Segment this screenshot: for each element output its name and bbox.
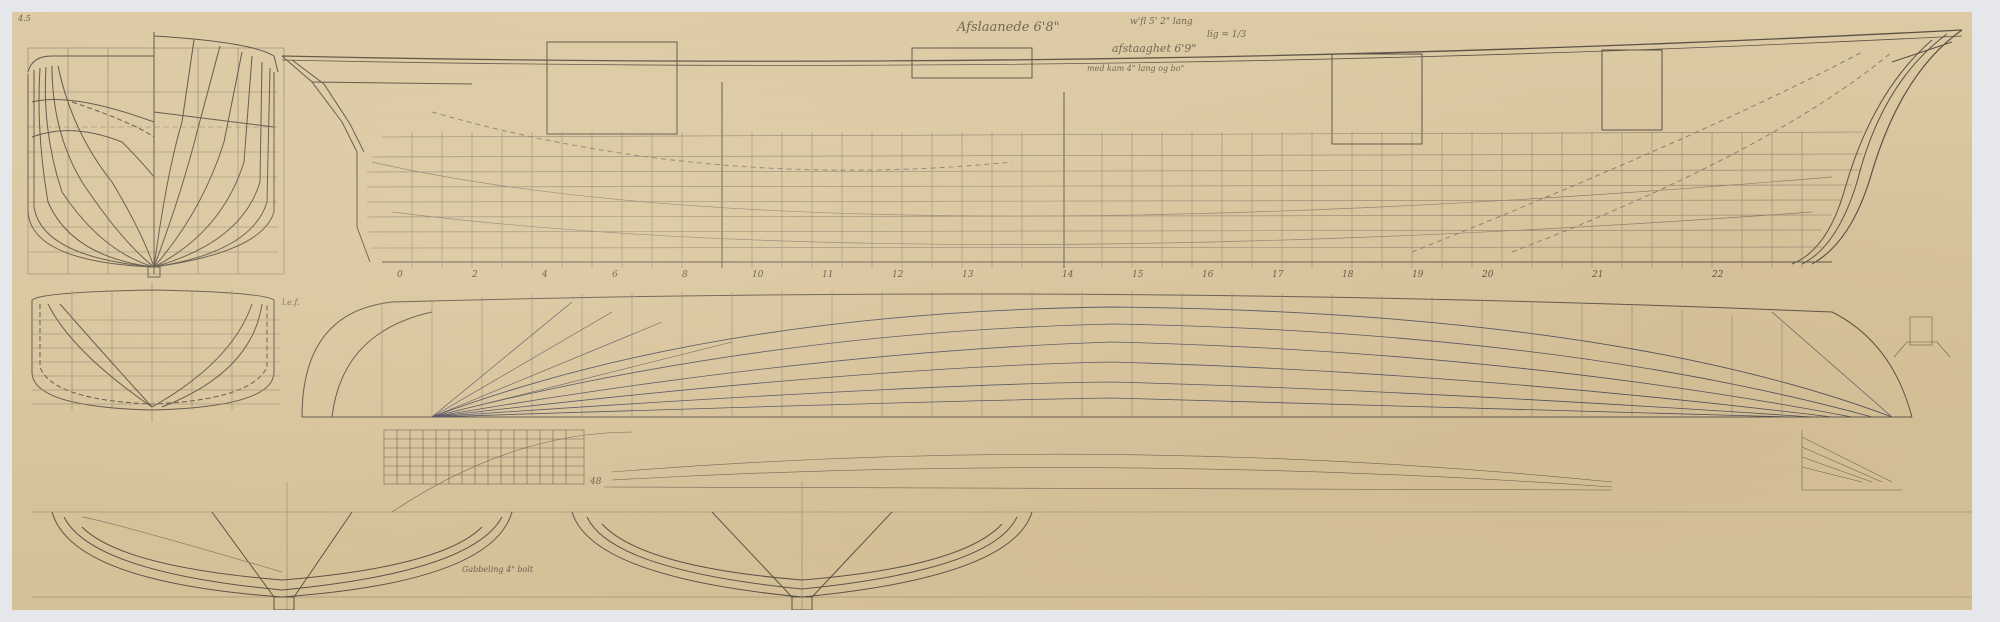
drawing-sheet: Afslaanede 6'8" afstaaghet 6'9" med kam … xyxy=(12,12,1972,610)
station-label: 22 xyxy=(1712,270,1723,280)
station-label: 6 xyxy=(612,270,618,280)
scale-end-label: 48 xyxy=(590,477,601,487)
station-label: 14 xyxy=(1062,270,1073,280)
half-breadth-plan xyxy=(302,291,1912,417)
station-label: 13 xyxy=(962,270,973,280)
station-label: 15 xyxy=(1132,270,1143,280)
station-label: 18 xyxy=(1342,270,1353,280)
bottom-note: Gabbeling 4" bolt xyxy=(462,565,533,574)
displacement-scale xyxy=(384,430,1612,512)
section-plan xyxy=(32,282,280,422)
end-scale xyxy=(1802,317,1950,490)
station-label: 16 xyxy=(1202,270,1213,280)
station-label: 17 xyxy=(1272,270,1283,280)
station-label: 21 xyxy=(1592,270,1603,280)
sub-note: afstaaghet 6'9" xyxy=(1112,42,1196,55)
title-note: Afslaanede 6'8" xyxy=(957,20,1060,35)
top-note-b: lig = 1/3 xyxy=(1207,30,1246,40)
station-label: 10 xyxy=(752,270,763,280)
lines-plan-drawing xyxy=(12,12,1972,610)
bow-note: l.e.f. xyxy=(282,298,300,307)
station-label: 11 xyxy=(822,270,833,280)
small-note: med kam 4" lang og bo" xyxy=(1087,64,1184,73)
station-label: 19 xyxy=(1412,270,1423,280)
station-label: 4 xyxy=(542,270,548,280)
station-label: 2 xyxy=(472,270,478,280)
station-label: 20 xyxy=(1482,270,1493,280)
sections xyxy=(32,482,1972,610)
body-plan xyxy=(28,32,284,277)
station-label: 12 xyxy=(892,270,903,280)
top-note-a: w'fl 5' 2" lang xyxy=(1130,17,1193,27)
station-label: 0 xyxy=(397,270,403,280)
corner-mark: 4.5 xyxy=(18,14,31,23)
sheer-plan xyxy=(282,30,1962,268)
station-label: 8 xyxy=(682,270,688,280)
